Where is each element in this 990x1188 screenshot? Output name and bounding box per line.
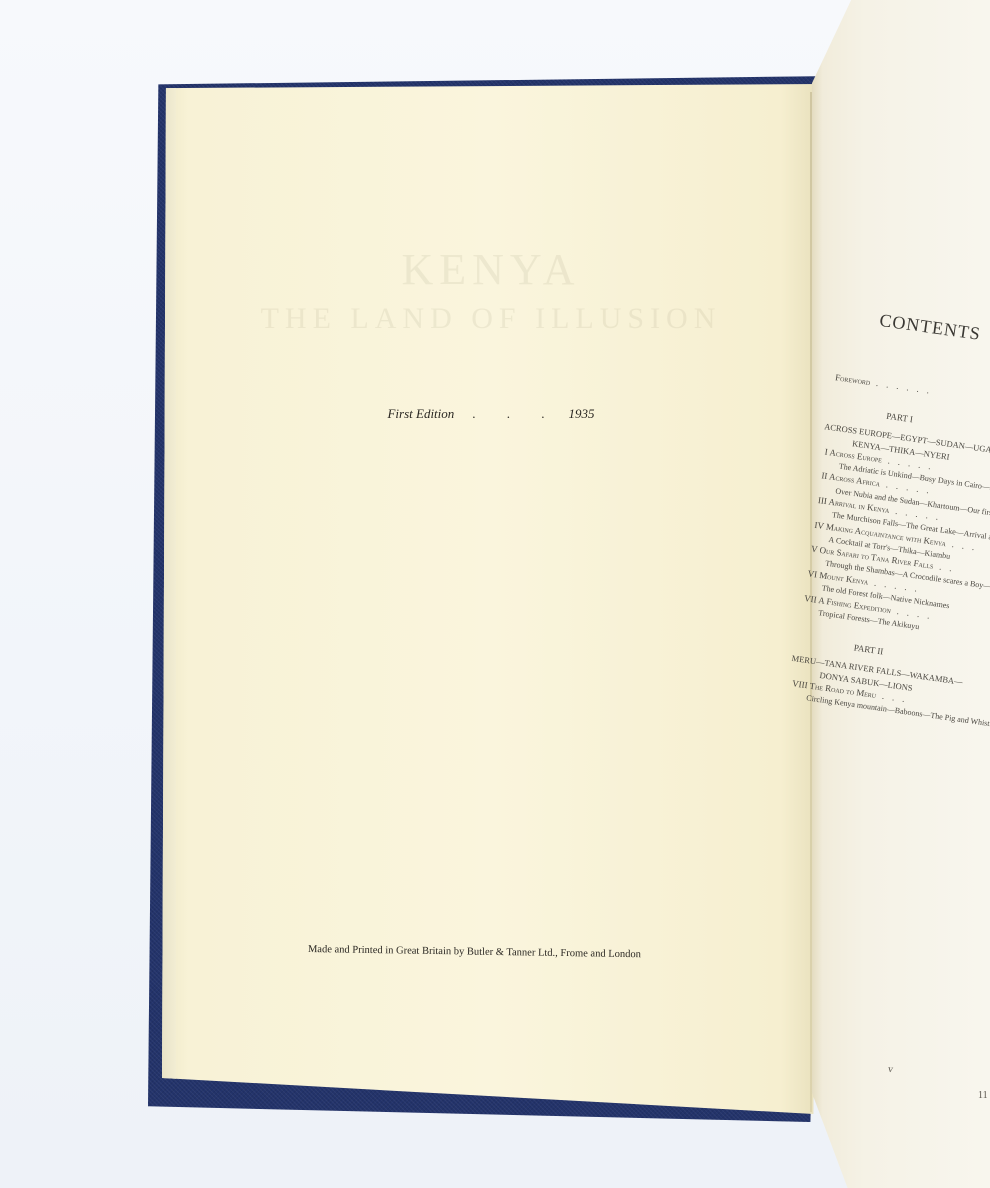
edition-year: 1935	[569, 406, 595, 421]
show-through-title: KENYA	[162, 244, 820, 295]
show-through-subtitle: THE LAND OF ILLUSION	[162, 302, 820, 336]
left-page: KENYA THE LAND OF ILLUSION First Edition…	[162, 84, 820, 1114]
edition-line: First Edition. . .1935	[162, 406, 820, 422]
edition-dots: . . .	[472, 406, 558, 421]
edition-label: First Edition	[387, 406, 454, 421]
edge-page-number: 11	[978, 1090, 988, 1101]
